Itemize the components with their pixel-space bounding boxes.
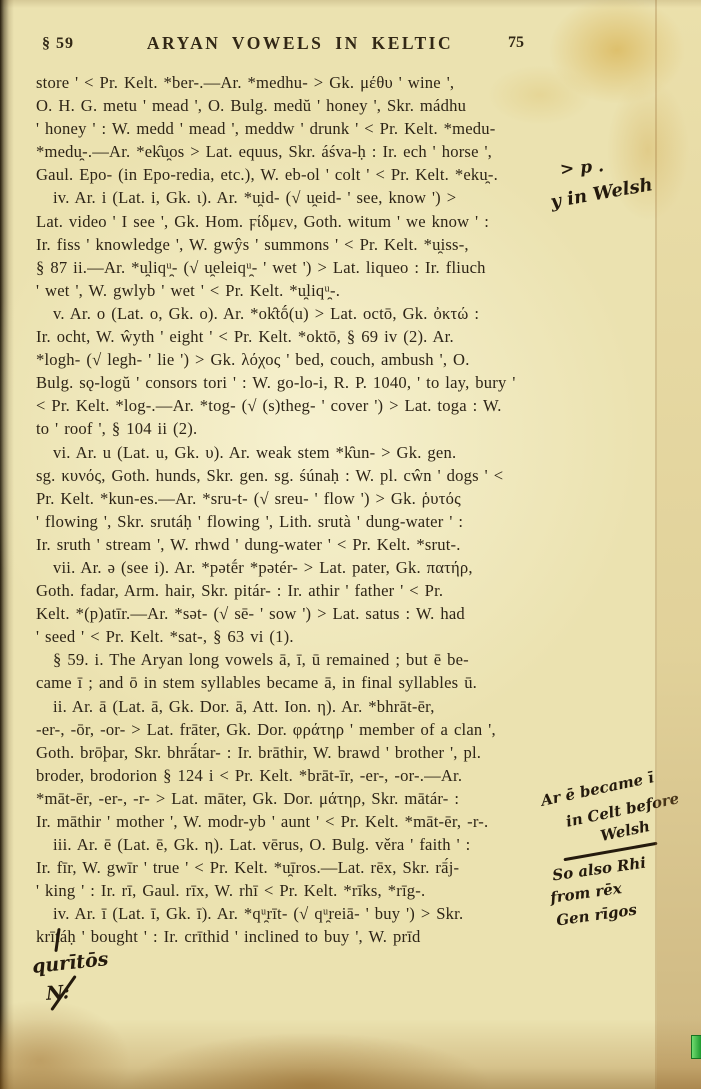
text-line-26: § 59. i. The Aryan long vowels ā, ī, ū r… — [36, 648, 560, 671]
scanned-book-page: § 59 ARYAN VOWELS IN KELTIC 75 store ' <… — [0, 0, 701, 1089]
text-line-21: Ir. sruth ' stream ', W. rhwd ' dung-wat… — [36, 533, 560, 556]
margin-note-bottom-line1: qurītōs — [31, 948, 109, 978]
text-line-38: krītáḥ ' bought ' : Ir. crīthid ' inclin… — [36, 925, 560, 948]
text-line-8: Ir. fiss ' knowledge ', W. gwŷs ' summon… — [36, 233, 560, 256]
margin-note-p: > p . — [559, 156, 604, 180]
text-line-11: v. Ar. o (Lat. o, Gk. o). Ar. *ok̑tṓ(u) … — [36, 302, 560, 325]
text-line-14: Bulg. sǫ-logŭ ' consors tori ' : W. go-l… — [36, 371, 560, 394]
text-line-7: Lat. video ' I see ', Gk. Hom. ϝίδμεν, G… — [36, 210, 560, 233]
text-line-20: ' flowing ', Skr. srutáḥ ' flowing ', Li… — [36, 510, 560, 533]
text-line-1: store ' < Pr. Kelt. *ber-.—Ar. *medhu- >… — [36, 71, 560, 94]
page-edge-column — [657, 0, 701, 1089]
text-line-32: *māt-ēr, -er-, -r- > Lat. māter, Gk. Dor… — [36, 787, 560, 810]
text-line-36: ' king ' : Ir. rī, Gaul. rīx, W. rhī < P… — [36, 879, 560, 902]
text-line-5: Gaul. Epo- (in Epo-redia, etc.), W. eb-o… — [36, 163, 560, 186]
text-line-15: < Pr. Kelt. *log-.—Ar. *tog- (√ (s)theg-… — [36, 394, 560, 417]
text-line-18: sg. κυνός, Goth. hunds, Skr. gen. sg. śú… — [36, 464, 560, 487]
margin-note-y-in-welsh: y in Welsh — [549, 174, 654, 213]
header-section-mark: § 59 — [42, 35, 74, 53]
text-line-34: iii. Ar. ē (Lat. ē, Gk. η). Lat. vērus, … — [36, 833, 560, 856]
text-line-35: Ir. fīr, W. gwīr ' true ' < Pr. Kelt. *u… — [36, 856, 560, 879]
text-line-17: vi. Ar. u (Lat. u, Gk. υ). Ar. weak stem… — [36, 441, 560, 464]
page-number: 75 — [508, 34, 524, 52]
text-line-22: vii. Ar. ə (see i). Ar. *pətḗr *pətér- >… — [36, 556, 560, 579]
text-line-13: *logh- (√ legh- ' lie ') > Gk. λόχος ' b… — [36, 348, 560, 371]
text-line-31: broder, brodorion § 124 i < Pr. Kelt. *b… — [36, 764, 560, 787]
text-line-19: Pr. Kelt. *kun-es.—Ar. *sru-t- (√ sreu- … — [36, 487, 560, 510]
text-line-27: came ī ; and ō in stem syllables became … — [36, 671, 560, 694]
text-line-33: Ir. māthir ' mother ', W. modr-yb ' aunt… — [36, 810, 560, 833]
text-line-28: ii. Ar. ā (Lat. ā, Gk. Dor. ā, Att. Ion.… — [36, 695, 560, 718]
text-line-16: to ' roof ', § 104 ii (2). — [36, 417, 560, 440]
text-line-24: Kelt. *(p)atīr.—Ar. *sət- (√ sē- ' sow '… — [36, 602, 560, 625]
margin-note-rhi-line3: Gen rīgos — [555, 900, 638, 929]
text-line-4: *medu̯-.—Ar. *ek̑u̯os > Lat. equus, Skr.… — [36, 140, 560, 163]
text-line-2: O. H. G. metu ' mead ', O. Bulg. medŭ ' … — [36, 94, 560, 117]
text-line-23: Goth. fadar, Arm. hair, Skr. pitár- : Ir… — [36, 579, 560, 602]
text-line-30: Goth. brōþar, Skr. bhrā́tar- : Ir. brāth… — [36, 741, 560, 764]
text-line-25: ' seed ' < Pr. Kelt. *sat-, § 63 vi (1). — [36, 625, 560, 648]
text-line-3: ' honey ' : W. medd ' mead ', meddw ' dr… — [36, 117, 560, 140]
text-line-6: iv. Ar. i (Lat. i, Gk. ι). Ar. *u̯id- (√… — [36, 186, 560, 209]
text-line-12: Ir. ocht, W. ŵyth ' eight ' < Pr. Kelt. … — [36, 325, 560, 348]
text-line-29: -er-, -ōr, -or- > Lat. frāter, Gk. Dor. … — [36, 718, 560, 741]
text-line-9: § 87 ii.—Ar. *u̯liqᵘ̯- (√ u̯eleiqᵘ̯- ' w… — [36, 256, 560, 279]
text-line-10: ' wet ', W. gwlyb ' wet ' < Pr. Kelt. *u… — [36, 279, 560, 302]
text-line-37: iv. Ar. ī (Lat. ī, Gk. ī). Ar. *qᵘ̯rīt- … — [36, 902, 560, 925]
green-edge-marker — [691, 1035, 701, 1059]
page-title: ARYAN VOWELS IN KELTIC — [140, 33, 460, 54]
body-text-block: store ' < Pr. Kelt. *ber-.—Ar. *medhu- >… — [36, 71, 560, 949]
